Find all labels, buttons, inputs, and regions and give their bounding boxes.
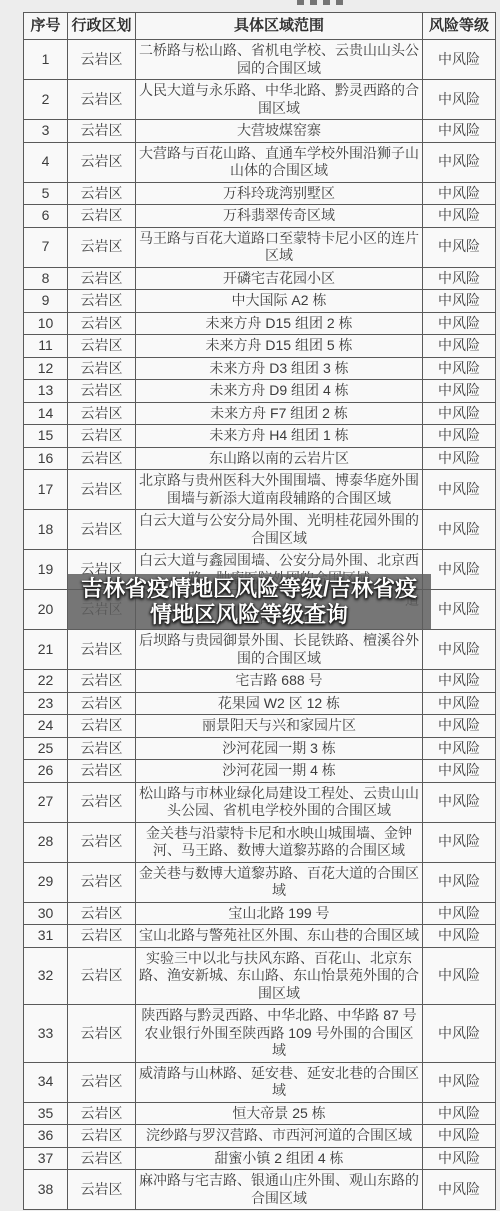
- row-number-cell: 4: [24, 142, 68, 182]
- risk-level-cell: 中风险: [423, 380, 496, 403]
- region-cell: 人民大道与永乐路、中华北路、黔灵西路的合围区域: [136, 80, 423, 120]
- region-cell: 未来方舟 D15 组团 2 栋: [136, 312, 423, 335]
- risk-level-cell: 中风险: [423, 782, 496, 822]
- risk-level-cell: 中风险: [423, 120, 496, 143]
- region-cell: 二桥路与松山路、省机电学校、云贵山山头公园的合围区域: [136, 40, 423, 80]
- table-row: 24云岩区丽景阳天与兴和家园片区中风险: [24, 715, 496, 738]
- row-number-cell: 1: [24, 40, 68, 80]
- district-cell: 云岩区: [68, 142, 136, 182]
- district-cell: 云岩区: [68, 182, 136, 205]
- risk-level-cell: 中风险: [423, 1170, 496, 1210]
- row-number-cell: 31: [24, 925, 68, 948]
- table-row: 34云岩区威清路与山林路、延安巷、延安北巷的合围区域中风险: [24, 1062, 496, 1102]
- risk-level-cell: 中风险: [423, 447, 496, 470]
- row-number-cell: 28: [24, 822, 68, 862]
- row-number-cell: 25: [24, 737, 68, 760]
- row-number-cell: 38: [24, 1170, 68, 1210]
- region-cell: 开磷宅吉花园小区: [136, 267, 423, 290]
- district-cell: 云岩区: [68, 510, 136, 550]
- table-row: 35云岩区恒大帝景 25 栋中风险: [24, 1102, 496, 1125]
- risk-level-cell: 中风险: [423, 402, 496, 425]
- table-row: 4云岩区大营路与百花山路、直通车学校外围沿狮子山山体的合围区域中风险: [24, 142, 496, 182]
- region-cell: 恒大帝景 25 栋: [136, 1102, 423, 1125]
- row-number-cell: 12: [24, 357, 68, 380]
- table-row: 1云岩区二桥路与松山路、省机电学校、云贵山山头公园的合围区域中风险: [24, 40, 496, 80]
- region-cell: 中大国际 A2 栋: [136, 290, 423, 313]
- region-cell: 后坝路与贵园御景外围、长昆铁路、檀溪谷外围的合围区域: [136, 630, 423, 670]
- district-cell: 云岩区: [68, 1170, 136, 1210]
- risk-level-cell: 中风险: [423, 1147, 496, 1170]
- region-cell: 宅吉路 688 号: [136, 670, 423, 693]
- row-number-cell: 35: [24, 1102, 68, 1125]
- district-cell: 云岩区: [68, 737, 136, 760]
- table-row: 13云岩区未来方舟 D9 组团 4 栋中风险: [24, 380, 496, 403]
- risk-level-cell: 中风险: [423, 205, 496, 228]
- district-cell: 云岩区: [68, 402, 136, 425]
- table-row: 27云岩区松山路与市林业绿化局建设工程处、云贵山山头公园、省机电学校外围的合围区…: [24, 782, 496, 822]
- risk-level-cell: 中风险: [423, 715, 496, 738]
- risk-level-cell: 中风险: [423, 1102, 496, 1125]
- risk-level-cell: 中风险: [423, 590, 496, 630]
- district-cell: 云岩区: [68, 425, 136, 448]
- district-cell: 云岩区: [68, 120, 136, 143]
- region-cell: 宝山北路 199 号: [136, 902, 423, 925]
- row-number-cell: 11: [24, 335, 68, 358]
- district-cell: 云岩区: [68, 380, 136, 403]
- row-number-cell: 13: [24, 380, 68, 403]
- row-number-cell: 2: [24, 80, 68, 120]
- row-number-cell: 37: [24, 1147, 68, 1170]
- table-row: 37云岩区甜蜜小镇 2 组团 4 栋中风险: [24, 1147, 496, 1170]
- table-row: 23云岩区花果园 W2 区 12 栋中风险: [24, 692, 496, 715]
- region-cell: 大营坡煤窑寨: [136, 120, 423, 143]
- table-row: 29云岩区金关巷与数博大道黎苏路、百花大道的合围区域中风险: [24, 862, 496, 902]
- row-number-cell: 14: [24, 402, 68, 425]
- region-cell: 未来方舟 F7 组团 2 栋: [136, 402, 423, 425]
- region-cell: 未来方舟 D3 组团 3 栋: [136, 357, 423, 380]
- table-row: 3云岩区大营坡煤窑寨中风险: [24, 120, 496, 143]
- district-cell: 云岩区: [68, 715, 136, 738]
- table-row: 25云岩区沙河花园一期 3 栋中风险: [24, 737, 496, 760]
- region-cell: 万科玲珑湾别墅区: [136, 182, 423, 205]
- table-row: 16云岩区东山路以南的云岩片区中风险: [24, 447, 496, 470]
- row-number-cell: 3: [24, 120, 68, 143]
- district-cell: 云岩区: [68, 1062, 136, 1102]
- risk-level-cell: 中风险: [423, 290, 496, 313]
- risk-level-cell: 中风险: [423, 737, 496, 760]
- row-number-cell: 26: [24, 760, 68, 783]
- row-number-cell: 20: [24, 590, 68, 630]
- row-number-cell: 23: [24, 692, 68, 715]
- district-cell: 云岩区: [68, 1147, 136, 1170]
- row-number-cell: 33: [24, 1005, 68, 1063]
- district-cell: 云岩区: [68, 447, 136, 470]
- region-cell: 未来方舟 D15 组团 5 栋: [136, 335, 423, 358]
- table-row: 5云岩区万科玲珑湾别墅区中风险: [24, 182, 496, 205]
- table-row: 8云岩区开磷宅吉花园小区中风险: [24, 267, 496, 290]
- row-number-cell: 24: [24, 715, 68, 738]
- risk-level-cell: 中风险: [423, 947, 496, 1005]
- table-row: 32云岩区实验三中以北与扶风东路、百花山、北京东路、渔安新城、东山路、东山怡景苑…: [24, 947, 496, 1005]
- region-cell: 浣纱路与罗汉营路、市西河河道的合围区域: [136, 1125, 423, 1148]
- row-number-cell: 5: [24, 182, 68, 205]
- row-number-cell: 21: [24, 630, 68, 670]
- table-header-row: 序号 行政区划 具体区域范围 风险等级: [24, 13, 496, 40]
- risk-level-cell: 中风险: [423, 1125, 496, 1148]
- region-cell: 马王路与百花大道路口至蒙特卡尼小区的连片区域: [136, 227, 423, 267]
- row-number-cell: 27: [24, 782, 68, 822]
- district-cell: 云岩区: [68, 335, 136, 358]
- row-number-cell: 8: [24, 267, 68, 290]
- risk-level-cell: 中风险: [423, 1062, 496, 1102]
- table-row: 15云岩区未来方舟 H4 组团 1 栋中风险: [24, 425, 496, 448]
- table-row: 21云岩区后坝路与贵园御景外围、长昆铁路、檀溪谷外围的合围区域中风险: [24, 630, 496, 670]
- district-cell: 云岩区: [68, 470, 136, 510]
- region-cell: 松山路与市林业绿化局建设工程处、云贵山山头公园、省机电学校外围的合围区域: [136, 782, 423, 822]
- table-row: 17云岩区北京路与贵州医科大外围围墙、博泰华庭外围围墙与新添大道南段辅路的合围区…: [24, 470, 496, 510]
- district-cell: 云岩区: [68, 760, 136, 783]
- table-row: 9云岩区中大国际 A2 栋中风险: [24, 290, 496, 313]
- district-cell: 云岩区: [68, 1102, 136, 1125]
- risk-level-cell: 中风险: [423, 670, 496, 693]
- row-number-cell: 16: [24, 447, 68, 470]
- risk-level-cell: 中风险: [423, 182, 496, 205]
- table-row: 36云岩区浣纱路与罗汉营路、市西河河道的合围区域中风险: [24, 1125, 496, 1148]
- region-cell: 威清路与山林路、延安巷、延安北巷的合围区域: [136, 1062, 423, 1102]
- region-cell: 花果园 W2 区 12 栋: [136, 692, 423, 715]
- table-row: 33云岩区陕西路与黔灵西路、中华北路、中华路 87 号农业银行外围至陕西路 10…: [24, 1005, 496, 1063]
- district-cell: 云岩区: [68, 822, 136, 862]
- row-number-cell: 30: [24, 902, 68, 925]
- risk-level-cell: 中风险: [423, 925, 496, 948]
- region-cell: 实验三中以北与扶风东路、百花山、北京东路、渔安新城、东山路、东山怡景苑外围的合围…: [136, 947, 423, 1005]
- row-number-cell: 10: [24, 312, 68, 335]
- row-number-cell: 32: [24, 947, 68, 1005]
- header-specific-area-range: 具体区域范围: [136, 13, 423, 40]
- district-cell: 云岩区: [68, 902, 136, 925]
- region-cell: 金关巷与数博大道黎苏路、百花大道的合围区域: [136, 862, 423, 902]
- risk-level-cell: 中风险: [423, 80, 496, 120]
- risk-level-cell: 中风险: [423, 692, 496, 715]
- header-administrative-division: 行政区划: [68, 13, 136, 40]
- risk-level-cell: 中风险: [423, 227, 496, 267]
- district-cell: 云岩区: [68, 312, 136, 335]
- table-row: 22云岩区宅吉路 688 号中风险: [24, 670, 496, 693]
- district-cell: 云岩区: [68, 267, 136, 290]
- district-cell: 云岩区: [68, 40, 136, 80]
- region-cell: 宝山北路与警苑社区外围、东山巷的合围区域: [136, 925, 423, 948]
- row-number-cell: 36: [24, 1125, 68, 1148]
- risk-level-cell: 中风险: [423, 470, 496, 510]
- table-row: 38云岩区麻冲路与宅吉路、银通山庄外围、观山东路的合围区域中风险: [24, 1170, 496, 1210]
- risk-level-cell: 中风险: [423, 335, 496, 358]
- region-cell: 麻冲路与宅吉路、银通山庄外围、观山东路的合围区域: [136, 1170, 423, 1210]
- region-cell: 沙河花园一期 3 栋: [136, 737, 423, 760]
- district-cell: 云岩区: [68, 782, 136, 822]
- region-cell: 东山路以南的云岩片区: [136, 447, 423, 470]
- district-cell: 云岩区: [68, 947, 136, 1005]
- region-cell: 大营路与百花山路、直通车学校外围沿狮子山山体的合围区域: [136, 142, 423, 182]
- region-cell: 陕西路与黔灵西路、中华北路、中华路 87 号农业银行外围至陕西路 109 号外围…: [136, 1005, 423, 1063]
- table-row: 11云岩区未来方舟 D15 组团 5 栋中风险: [24, 335, 496, 358]
- district-cell: 云岩区: [68, 862, 136, 902]
- region-cell: 万科翡翠传奇区域: [136, 205, 423, 228]
- risk-level-cell: 中风险: [423, 357, 496, 380]
- risk-level-cell: 中风险: [423, 822, 496, 862]
- district-cell: 云岩区: [68, 357, 136, 380]
- region-cell: 丽景阳天与兴和家园片区: [136, 715, 423, 738]
- row-number-cell: 34: [24, 1062, 68, 1102]
- row-number-cell: 18: [24, 510, 68, 550]
- district-cell: 云岩区: [68, 925, 136, 948]
- risk-level-cell: 中风险: [423, 312, 496, 335]
- risk-level-cell: 中风险: [423, 425, 496, 448]
- district-cell: 云岩区: [68, 670, 136, 693]
- row-number-cell: 6: [24, 205, 68, 228]
- district-cell: 云岩区: [68, 1005, 136, 1063]
- row-number-cell: 7: [24, 227, 68, 267]
- risk-level-cell: 中风险: [423, 510, 496, 550]
- district-cell: 云岩区: [68, 630, 136, 670]
- region-cell: 未来方舟 H4 组团 1 栋: [136, 425, 423, 448]
- risk-level-cell: 中风险: [423, 902, 496, 925]
- district-cell: 云岩区: [68, 227, 136, 267]
- watermark-overlay: 吉林省疫情地区风险等级/吉林省疫情地区风险等级查询: [67, 574, 431, 630]
- table-row: 26云岩区沙河花园一期 4 栋中风险: [24, 760, 496, 783]
- row-number-cell: 15: [24, 425, 68, 448]
- district-cell: 云岩区: [68, 290, 136, 313]
- risk-level-cell: 中风险: [423, 1005, 496, 1063]
- row-number-cell: 22: [24, 670, 68, 693]
- risk-level-cell: 中风险: [423, 40, 496, 80]
- region-cell: 沙河花园一期 4 栋: [136, 760, 423, 783]
- header-serial-number: 序号: [24, 13, 68, 40]
- table-row: 10云岩区未来方舟 D15 组团 2 栋中风险: [24, 312, 496, 335]
- table-row: 12云岩区未来方舟 D3 组团 3 栋中风险: [24, 357, 496, 380]
- risk-level-cell: 中风险: [423, 142, 496, 182]
- watermark-text: 吉林省疫情地区风险等级/吉林省疫情地区风险等级查询: [70, 576, 428, 628]
- region-cell: 甜蜜小镇 2 组团 4 栋: [136, 1147, 423, 1170]
- region-cell: 白云大道与公安分局外围、光明桂花园外围的合围区域: [136, 510, 423, 550]
- table-row: 14云岩区未来方舟 F7 组团 2 栋中风险: [24, 402, 496, 425]
- header-risk-level: 风险等级: [423, 13, 496, 40]
- row-number-cell: 29: [24, 862, 68, 902]
- table-row: 28云岩区金关巷与沿蒙特卡尼和水映山城围墙、金钟河、马王路、数博大道黎苏路的合围…: [24, 822, 496, 862]
- risk-level-cell: 中风险: [423, 760, 496, 783]
- table-row: 30云岩区宝山北路 199 号中风险: [24, 902, 496, 925]
- table-row: 18云岩区白云大道与公安分局外围、光明桂花园外围的合围区域中风险: [24, 510, 496, 550]
- table-row: 31云岩区宝山北路与警苑社区外围、东山巷的合围区域中风险: [24, 925, 496, 948]
- district-cell: 云岩区: [68, 692, 136, 715]
- region-cell: 未来方舟 D9 组团 4 栋: [136, 380, 423, 403]
- row-number-cell: 17: [24, 470, 68, 510]
- district-cell: 云岩区: [68, 80, 136, 120]
- table-row: 2云岩区人民大道与永乐路、中华北路、黔灵西路的合围区域中风险: [24, 80, 496, 120]
- district-cell: 云岩区: [68, 205, 136, 228]
- cropped-heading-fragment: [297, 0, 347, 5]
- district-cell: 云岩区: [68, 1125, 136, 1148]
- risk-level-cell: 中风险: [423, 630, 496, 670]
- table-row: 6云岩区万科翡翠传奇区域中风险: [24, 205, 496, 228]
- risk-level-cell: 中风险: [423, 267, 496, 290]
- risk-level-cell: 中风险: [423, 550, 496, 590]
- region-cell: 北京路与贵州医科大外围围墙、博泰华庭外围围墙与新添大道南段辅路的合围区域: [136, 470, 423, 510]
- risk-level-cell: 中风险: [423, 862, 496, 902]
- row-number-cell: 9: [24, 290, 68, 313]
- table-row: 7云岩区马王路与百花大道路口至蒙特卡尼小区的连片区域中风险: [24, 227, 496, 267]
- region-cell: 金关巷与沿蒙特卡尼和水映山城围墙、金钟河、马王路、数博大道黎苏路的合围区域: [136, 822, 423, 862]
- row-number-cell: 19: [24, 550, 68, 590]
